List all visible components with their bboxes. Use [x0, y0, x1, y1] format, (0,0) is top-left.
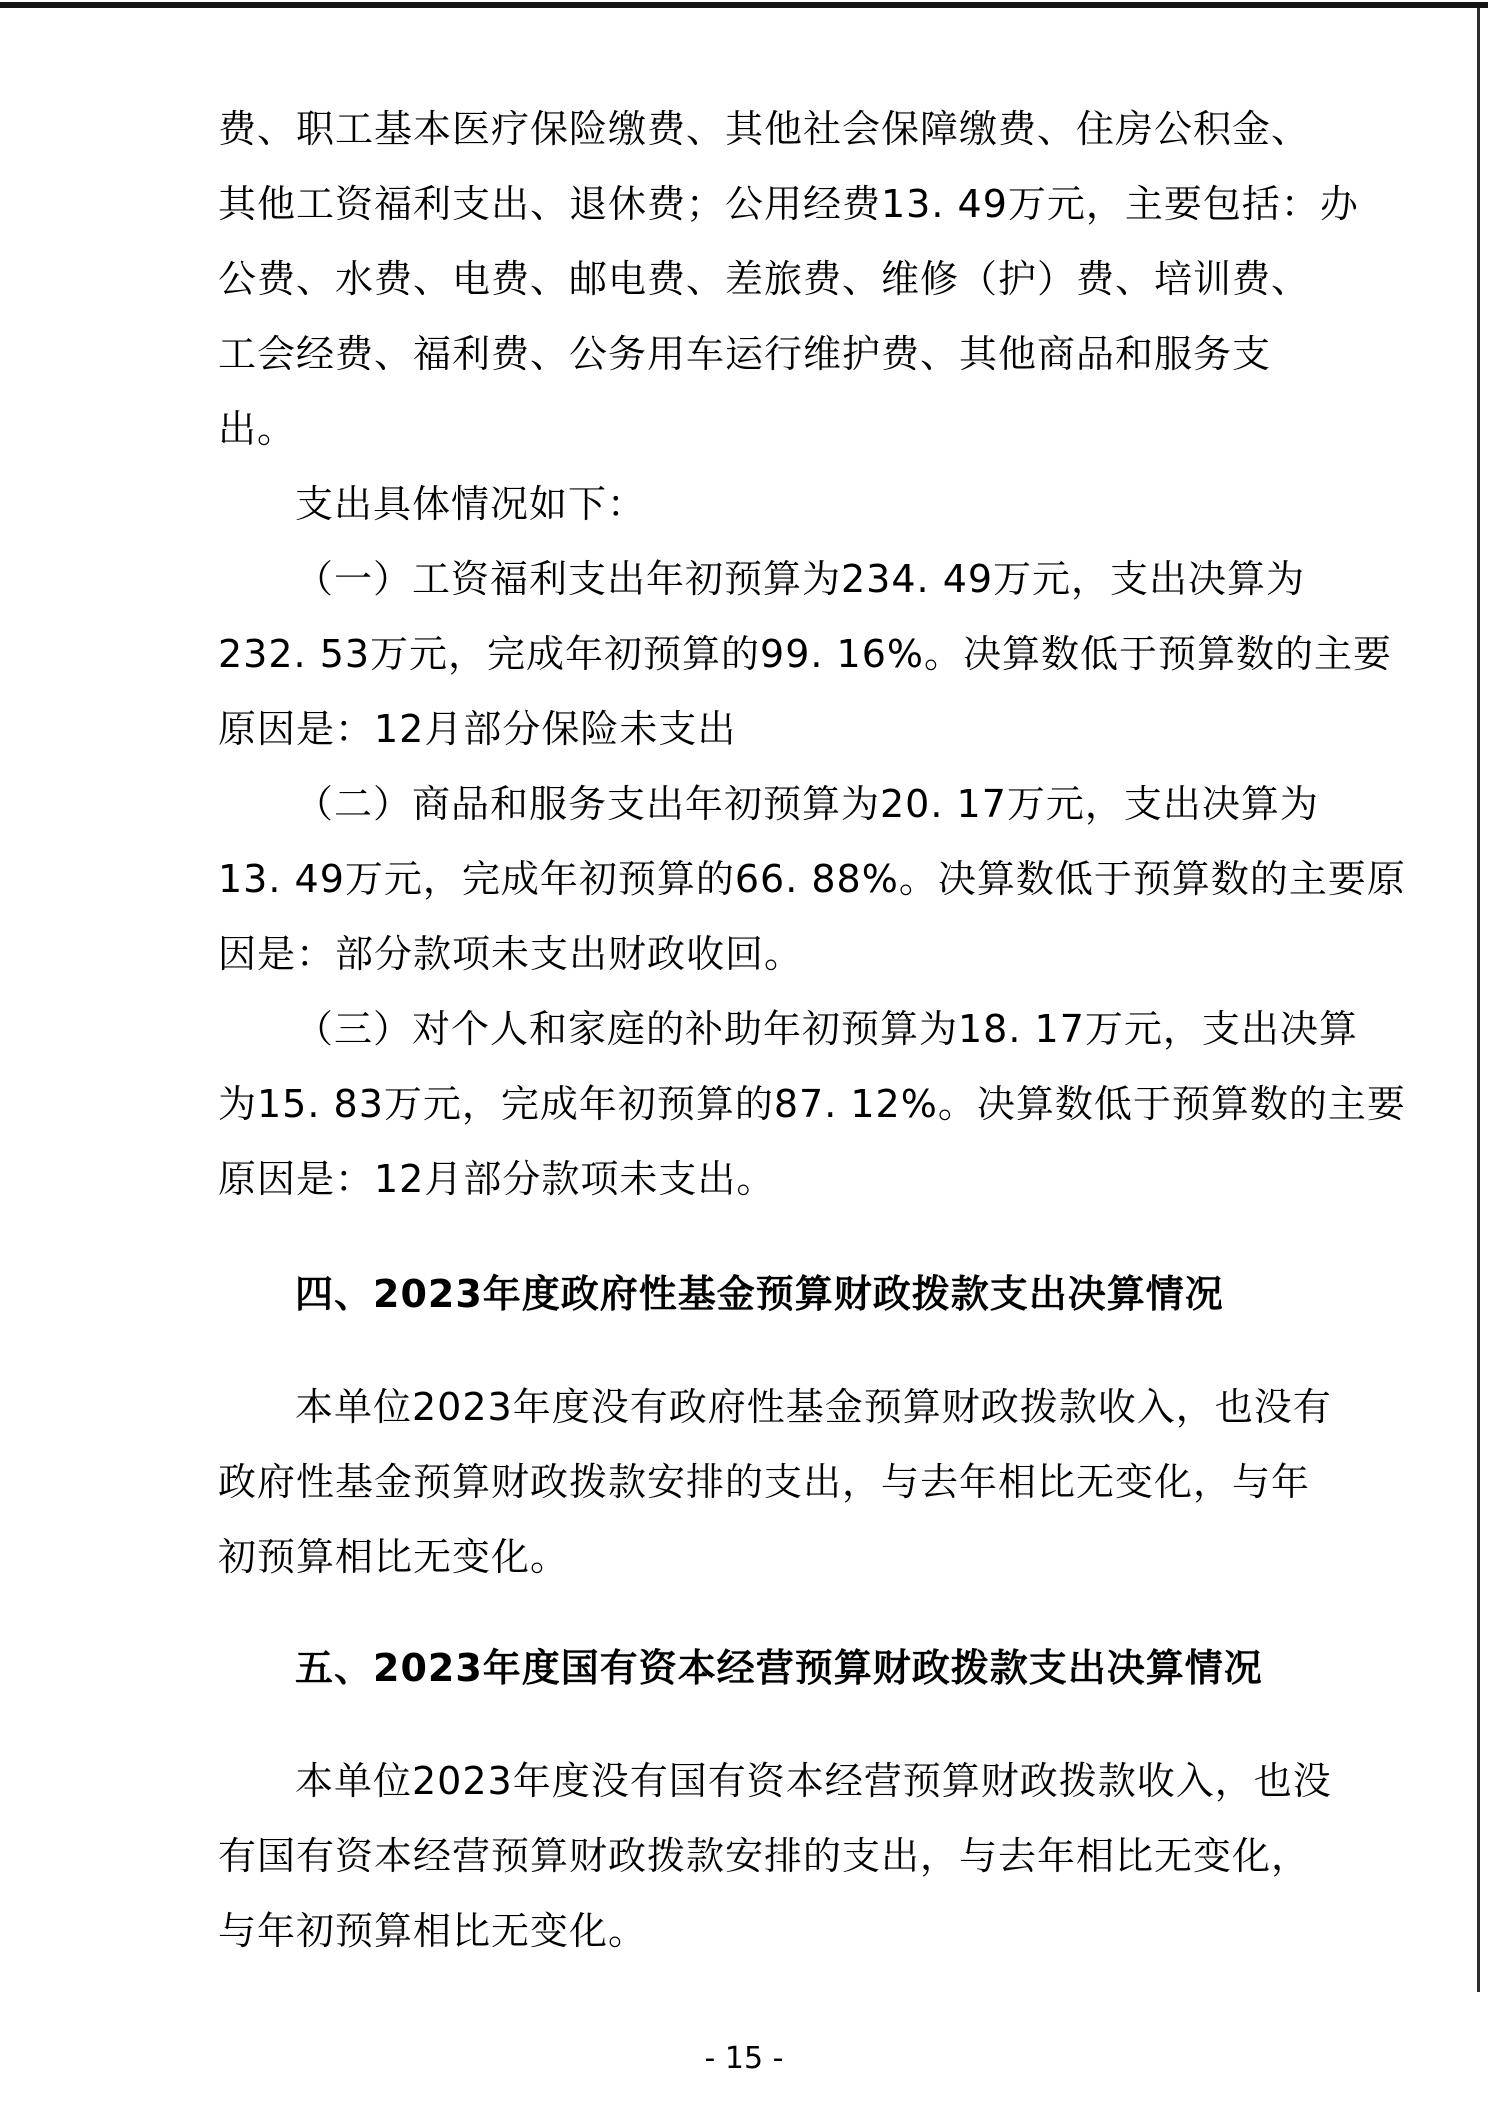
body-text-line: 13. 49万元，完成年初预算的66. 88%。决算数低于预算数的主要原 — [218, 842, 1290, 917]
body-text-line: 其他工资福利支出、退休费；公用经费13. 49万元，主要包括：办 — [218, 167, 1290, 242]
body-text-line: 出。 — [218, 392, 1290, 467]
document-body: 费、职工基本医疗保险缴费、其他社会保障缴费、住房公积金、 其他工资福利支出、退休… — [218, 0, 1290, 1969]
section-heading-five: 五、2023年度国有资本经营预算财政拨款支出决算情况 — [218, 1631, 1290, 1706]
body-text-line: 与年初预算相比无变化。 — [218, 1894, 1290, 1969]
page-number: - 15 - — [0, 2042, 1488, 2076]
body-text-line: 为15. 83万元，完成年初预算的87. 12%。决算数低于预算数的主要 — [218, 1067, 1290, 1142]
body-text-line: 因是：部分款项未支出财政收回。 — [218, 917, 1290, 992]
body-text-line: 本单位2023年度没有政府性基金预算财政拨款收入，也没有 — [218, 1370, 1290, 1445]
body-text-line: （一）工资福利支出年初预算为234. 49万元，支出决算为 — [218, 542, 1290, 617]
body-text-line: 初预算相比无变化。 — [218, 1520, 1290, 1595]
body-text-line: 本单位2023年度没有国有资本经营预算财政拨款收入，也没 — [218, 1744, 1290, 1819]
body-text-line: （三）对个人和家庭的补助年初预算为18. 17万元，支出决算 — [218, 992, 1290, 1067]
body-text-line: 232. 53万元，完成年初预算的99. 16%。决算数低于预算数的主要 — [218, 617, 1290, 692]
body-text-line: 原因是：12月部分保险未支出 — [218, 692, 1290, 767]
scan-artifact-right-line — [1477, 8, 1480, 1992]
body-text-line: 工会经费、福利费、公务用车运行维护费、其他商品和服务支 — [218, 317, 1290, 392]
body-text-line: 有国有资本经营预算财政拨款安排的支出，与去年相比无变化， — [218, 1819, 1290, 1894]
body-text-line: 费、职工基本医疗保险缴费、其他社会保障缴费、住房公积金、 — [218, 92, 1290, 167]
body-text-line: 公费、水费、电费、邮电费、差旅费、维修（护）费、培训费、 — [218, 242, 1290, 317]
body-text-line: 政府性基金预算财政拨款安排的支出，与去年相比无变化，与年 — [218, 1445, 1290, 1520]
section-heading-four: 四、2023年度政府性基金预算财政拨款支出决算情况 — [218, 1257, 1290, 1332]
document-page: 费、职工基本医疗保险缴费、其他社会保障缴费、住房公积金、 其他工资福利支出、退休… — [0, 0, 1488, 2104]
body-text-line: 支出具体情况如下： — [218, 467, 1290, 542]
body-text-line: （二）商品和服务支出年初预算为20. 17万元，支出决算为 — [218, 767, 1290, 842]
body-text-line: 原因是：12月部分款项未支出。 — [218, 1142, 1290, 1217]
